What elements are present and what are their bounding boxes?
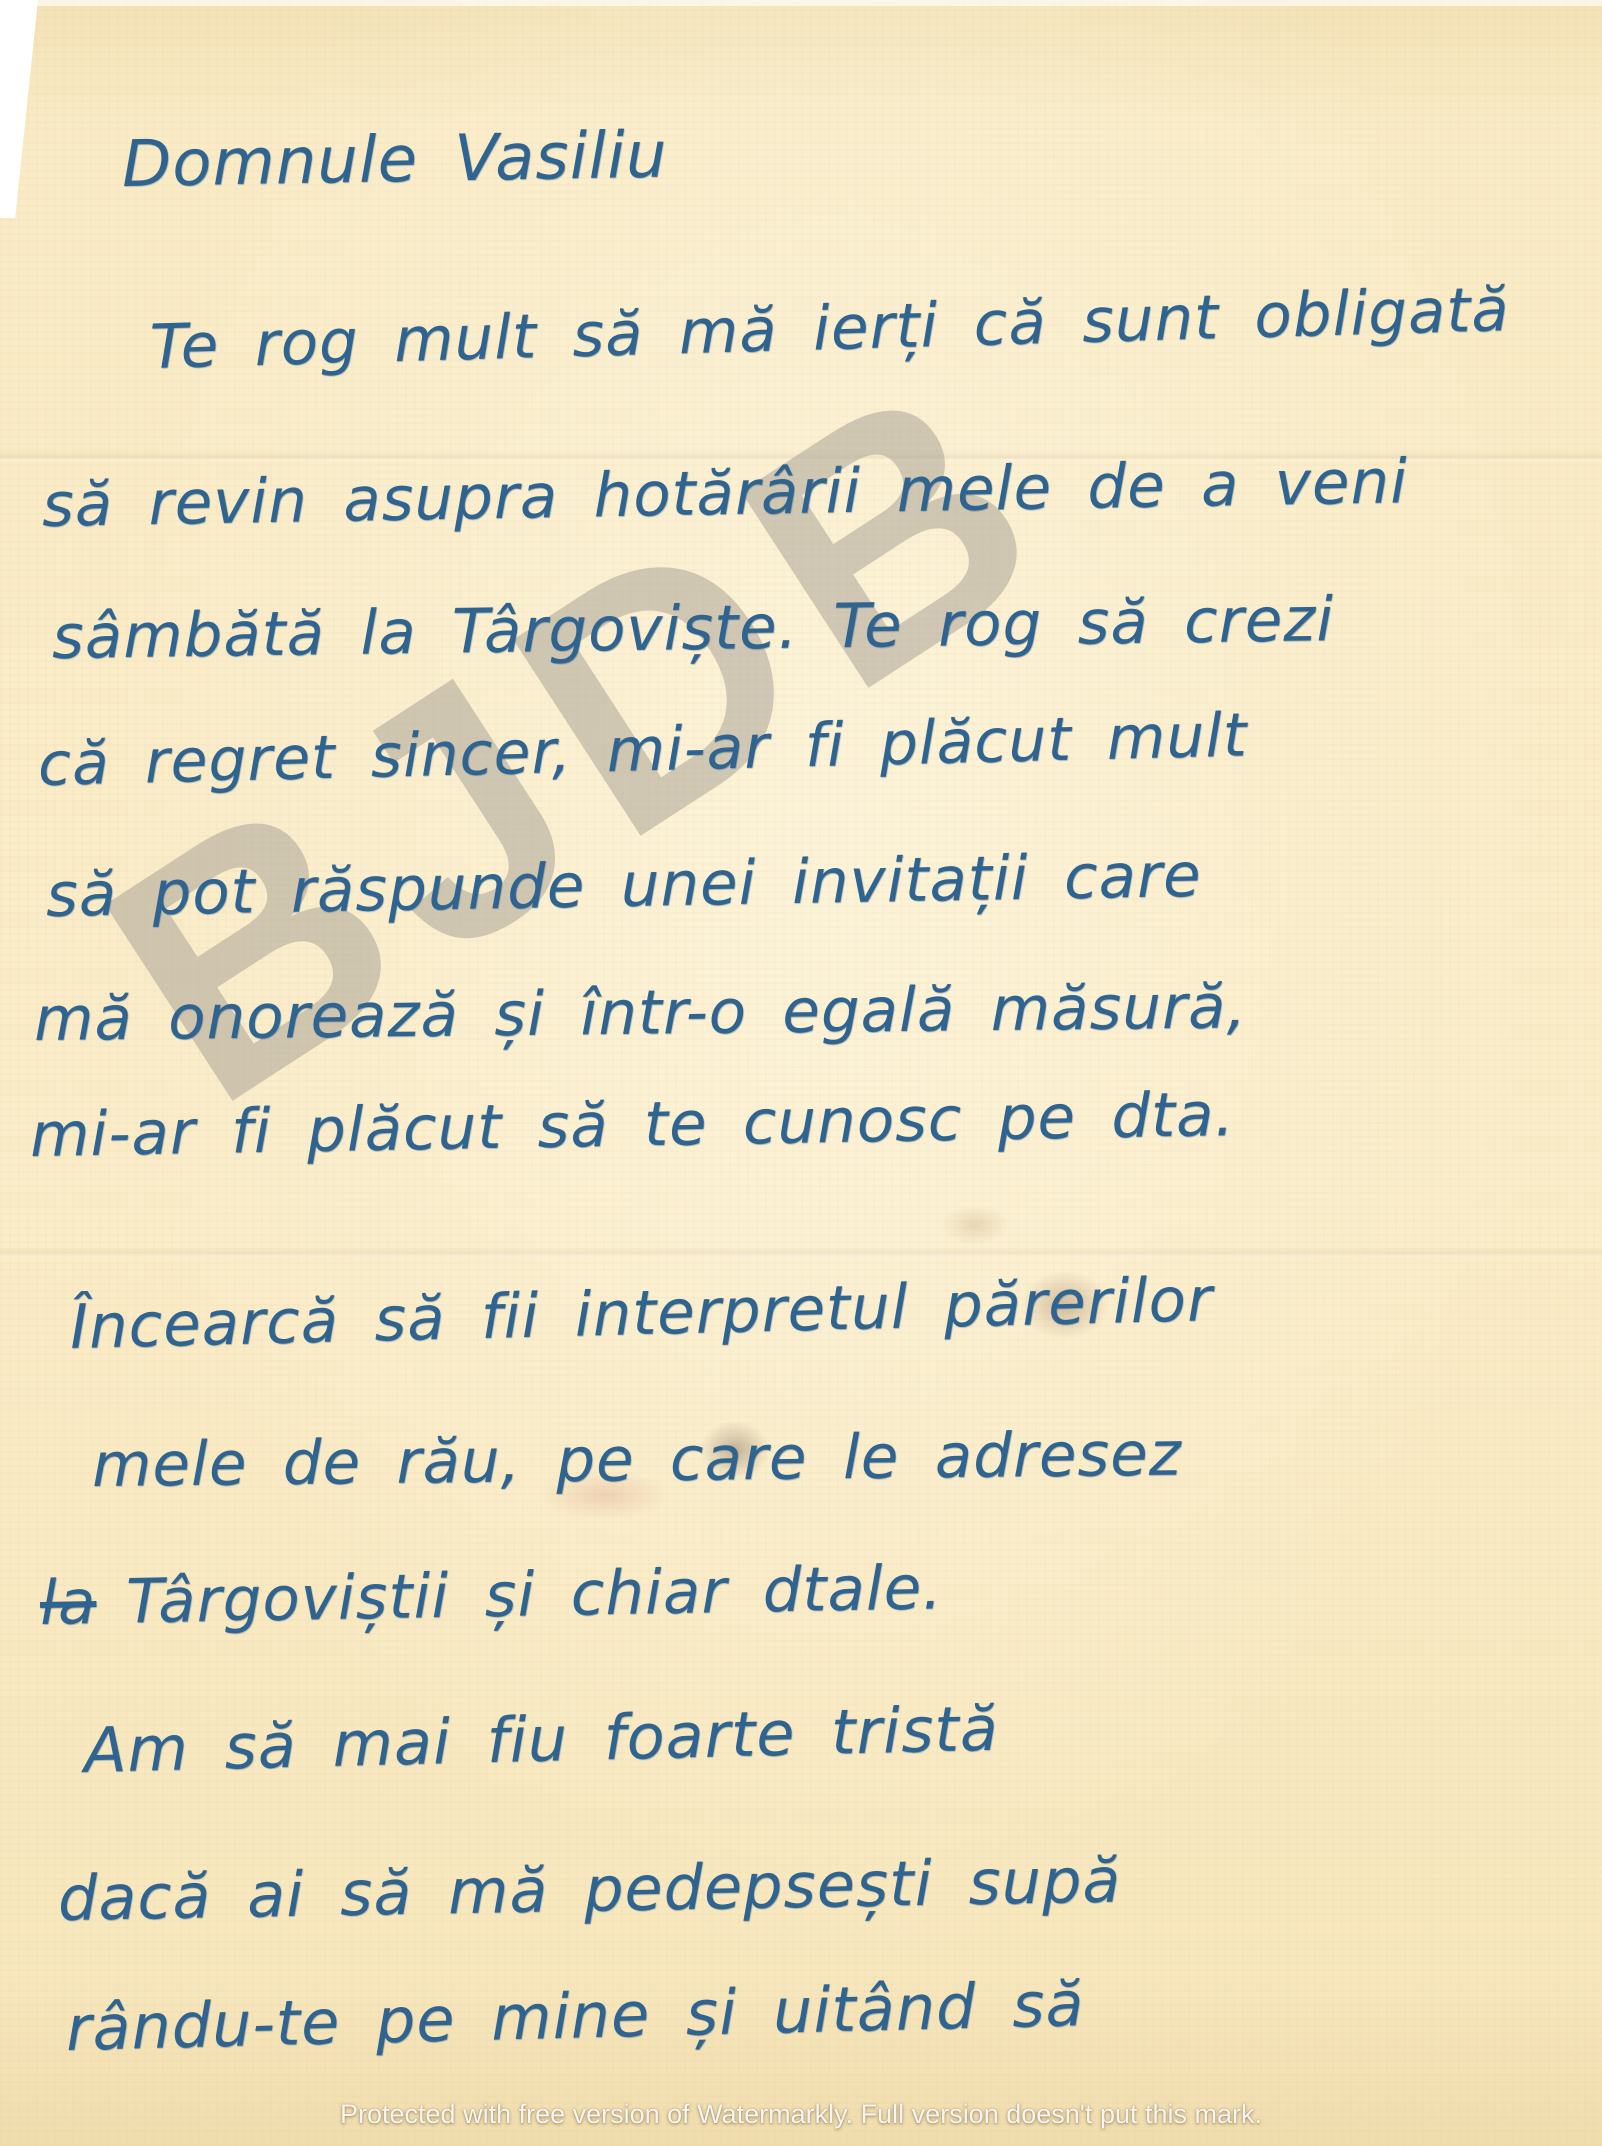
letter-line: sâmbătă la Târgoviște. Te rog să crezi <box>52 584 1335 673</box>
ink-smudge <box>940 1205 1010 1245</box>
letter-line: mi-ar fi plăcut să te cunosc pe dta. <box>29 1079 1235 1171</box>
letter-line: Am să mai fiu foarte tristă <box>83 1692 999 1787</box>
letter-line: că regret sincer, mi-ar fi plăcut mult <box>37 700 1248 800</box>
letter-line: rându-te pe mine și uitând să <box>65 1967 1085 2065</box>
scan-edge-artifact <box>0 0 38 218</box>
letter-line-text: Târgoviștii și chiar dtale. <box>126 1552 944 1637</box>
letter-line: mele de rău, pe care le adresez <box>92 1419 1183 1501</box>
letter-line: Te rog mult să mă ierți că sunt obligată <box>149 274 1511 383</box>
salutation-line: Domnule Vasiliu <box>121 118 668 202</box>
letter-line-with-strikethrough: laTârgoviștii și chiar dtale. <box>39 1552 943 1639</box>
letter-scan-page: BJDB Domnule Vasiliu Te rog mult să mă i… <box>0 0 1602 2146</box>
letter-line: mă onorează și într-o egală măsură, <box>34 971 1248 1055</box>
letter-line: să pot răspunde unei invitații care <box>45 840 1202 931</box>
scan-edge-artifact <box>0 0 1602 6</box>
letter-line: dacă ai să mă pedepsești supă <box>57 1843 1122 1935</box>
letter-line: Încearcă să fii interpretul părerilor <box>69 1264 1214 1363</box>
watermarkly-notice: Protected with free version of Watermark… <box>0 2099 1602 2130</box>
paper-fold-crease <box>0 1248 1602 1258</box>
struck-word: la <box>39 1567 97 1639</box>
